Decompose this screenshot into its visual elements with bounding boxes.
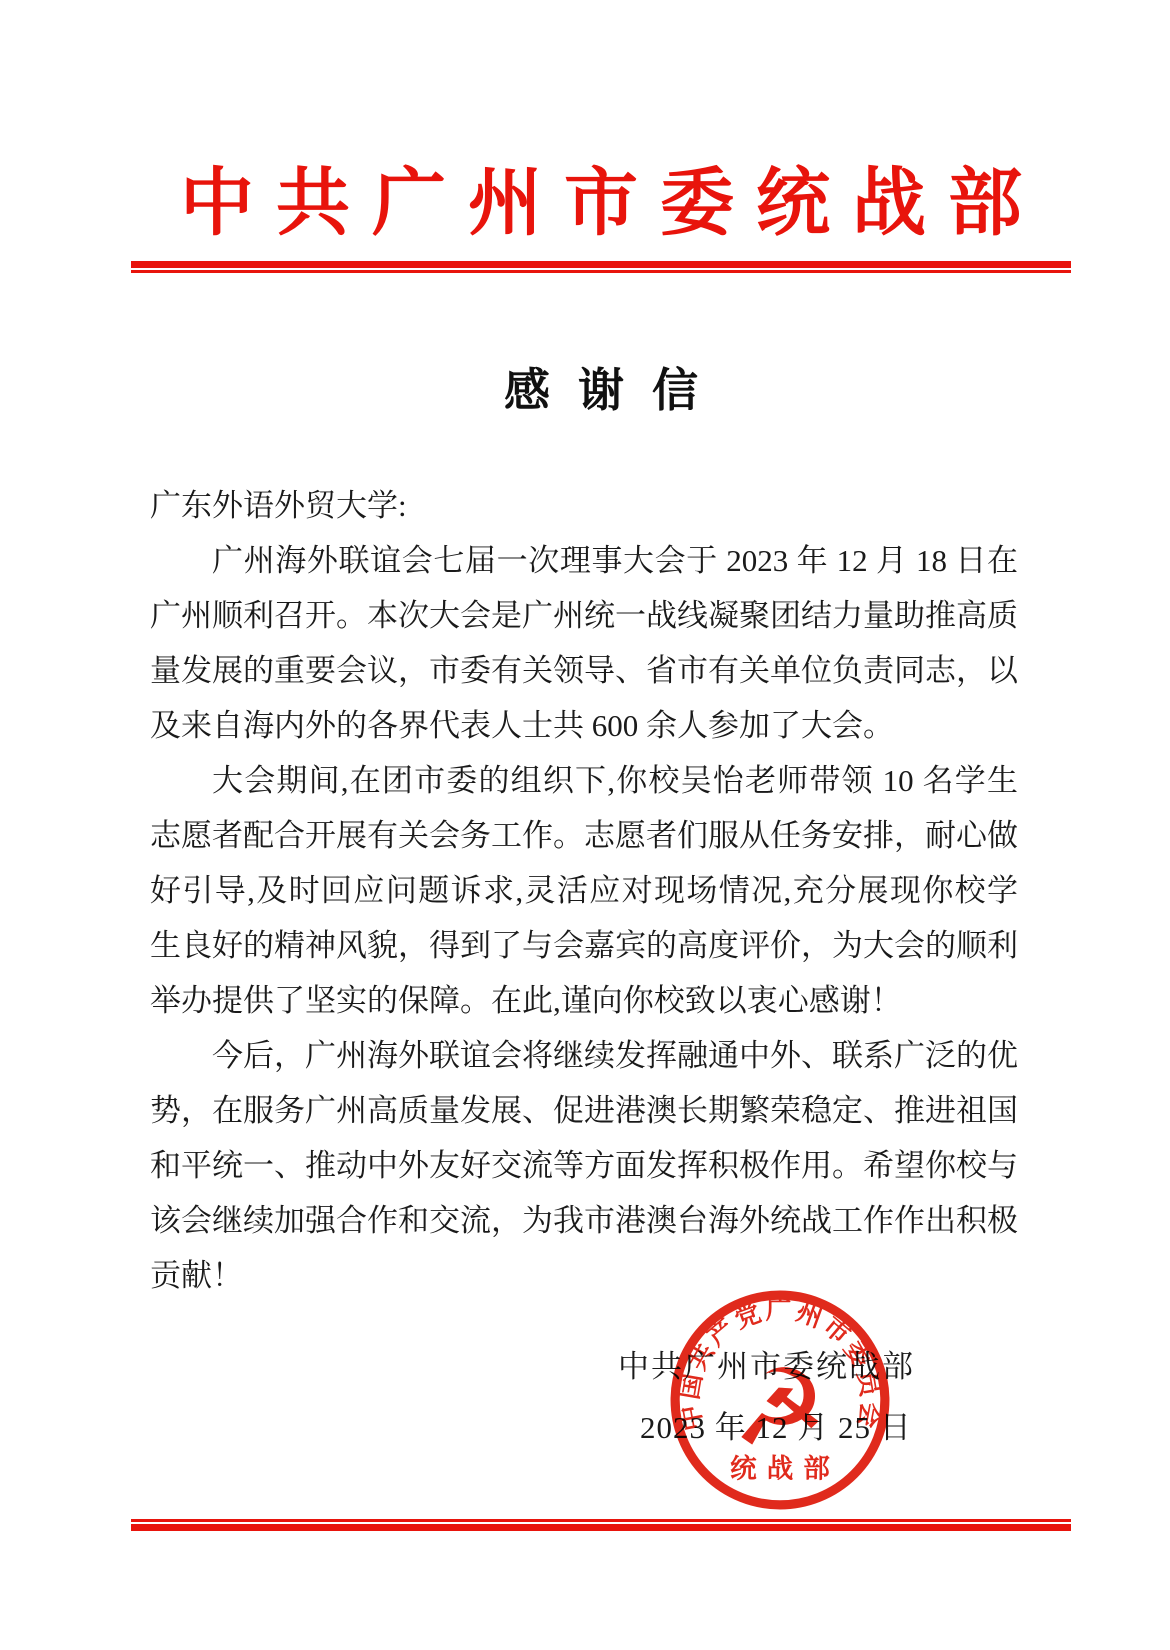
body-line: 广州顺利召开。本次大会是广州统一战线凝聚团结力量助推高质 <box>150 588 1018 643</box>
body-line: 生良好的精神风貌，得到了与会嘉宾的高度评价，为大会的顺利 <box>150 918 1018 973</box>
salutation: 广东外语外贸大学: <box>150 478 1018 533</box>
body-line: 好引导,及时回应问题诉求,灵活应对现场情况,充分展现你校学 <box>150 863 1018 918</box>
body-line: 贡献！ <box>150 1248 1018 1303</box>
body-line: 量发展的重要会议，市委有关领导、省市有关单位负责同志，以 <box>150 643 1018 698</box>
letter-page: 中共广州市委统战部 感谢信 广东外语外贸大学: 广州海外联谊会七届一次理事大会于… <box>0 0 1170 1650</box>
official-seal-graphic: 中国共产党广州市委员会 ☭ 统战部 <box>668 1288 892 1512</box>
divider-thick-line <box>131 1524 1071 1531</box>
signature-org: 中共广州市委统战部 <box>618 1347 915 1387</box>
body-line: 及来自海内外的各界代表人士共 600 余人参加了大会。 <box>150 698 1018 753</box>
letterhead-org-title: 中共广州市委统战部 <box>131 166 1071 244</box>
body-line: 势，在服务广州高质量发展、促进港澳长期繁荣稳定、推进祖国 <box>150 1083 1018 1138</box>
footer-divider <box>131 1519 1071 1531</box>
divider-thin-line <box>131 270 1071 273</box>
seal-ring <box>675 1295 885 1505</box>
signature-date: 2023 年 12 月 25 日 <box>640 1408 912 1448</box>
letter-title: 感谢信 <box>131 354 1071 420</box>
body-line: 大会期间,在团市委的组织下,你校吴怡老师带领 10 名学生 <box>150 753 1018 808</box>
body-line: 该会继续加强合作和交流，为我市港澳台海外统战工作作出积极 <box>150 1193 1018 1248</box>
official-seal: 中国共产党广州市委员会 ☭ 统战部 <box>668 1288 892 1512</box>
seal-bottom-text: 统战部 <box>730 1453 840 1483</box>
body-line: 和平统一、推动中外友好交流等方面发挥积极作用。希望你校与 <box>150 1138 1018 1193</box>
letterhead-divider <box>131 261 1071 273</box>
letter-body: 广东外语外贸大学: 广州海外联谊会七届一次理事大会于 2023 年 12 月 1… <box>150 478 1018 1303</box>
body-line: 举办提供了坚实的保障。在此,谨向你校致以衷心感谢！ <box>150 973 1018 1028</box>
body-line: 广州海外联谊会七届一次理事大会于 2023 年 12 月 18 日在 <box>150 533 1018 588</box>
body-line: 志愿者配合开展有关会务工作。志愿者们服从任务安排，耐心做 <box>150 808 1018 863</box>
divider-thick-line <box>131 261 1071 268</box>
body-line: 今后，广州海外联谊会将继续发挥融通中外、联系广泛的优 <box>150 1028 1018 1083</box>
